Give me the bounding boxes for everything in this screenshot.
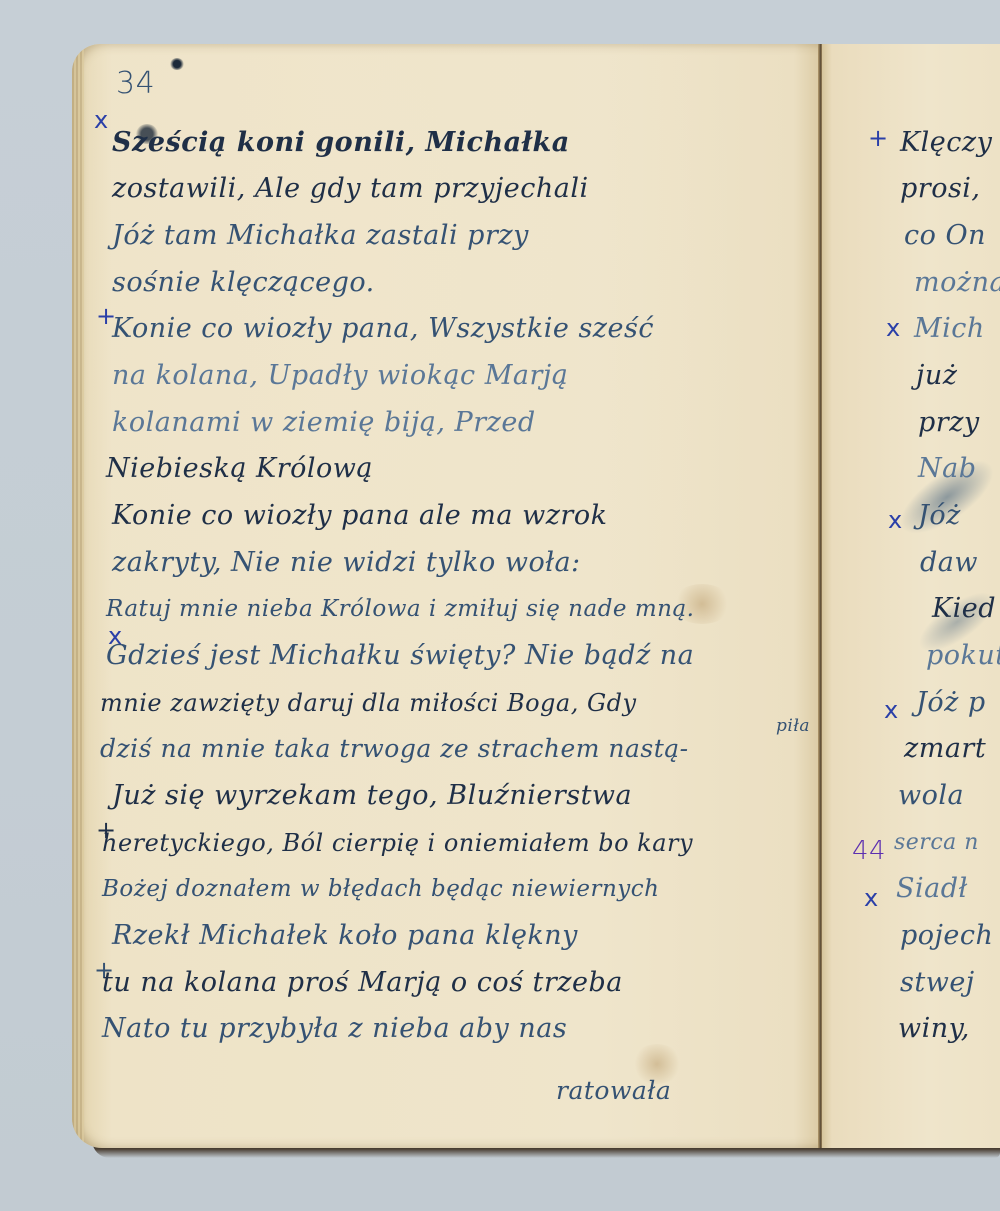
ink-blot xyxy=(170,58,184,70)
handwritten-line: sośnie klęczącego. xyxy=(112,266,375,300)
handwritten-line: przy xyxy=(918,406,980,440)
page-number: 34 xyxy=(116,66,155,101)
handwritten-line: Nato tu przybyła z nieba aby nas xyxy=(102,1012,567,1046)
line-marker-x: x xyxy=(864,884,879,912)
line-marker-x: x xyxy=(884,696,899,724)
handwritten-line: Niebieską Królową xyxy=(106,452,373,486)
insertion-note: piła xyxy=(776,716,810,736)
handwritten-line: Konie co wiozły pana, Wszystkie sześć xyxy=(112,312,654,346)
handwritten-line: stwej xyxy=(900,966,975,1000)
handwritten-line: dziś na mnie taka trwoga ze strachem nas… xyxy=(100,732,689,766)
handwritten-line: Klęczy xyxy=(900,126,992,160)
handwritten-line: na kolana, Upadły wiokąc Marją xyxy=(112,359,568,393)
handwritten-line: serca n xyxy=(894,826,979,860)
handwritten-line: już xyxy=(916,359,958,393)
handwritten-line: Już się wyrzekam tego, Bluźnierstwa xyxy=(112,779,632,813)
handwritten-line: Kied xyxy=(932,592,996,626)
handwritten-line: Jóż p xyxy=(916,686,986,720)
handwritten-line: zostawili, Ale gdy tam przyjechali xyxy=(112,172,589,206)
handwritten-line: Nab xyxy=(918,452,977,486)
handwritten-line: tu na kolana proś Marją o coś trzeba xyxy=(102,966,623,1000)
margin-number: 44 xyxy=(852,836,886,866)
handwritten-line: Sześcią koni gonili, Michałka xyxy=(112,126,570,160)
handwritten-line: winy, xyxy=(898,1012,970,1046)
handwritten-line: zakryty, Nie nie widzi tylko woła: xyxy=(112,546,581,580)
line-marker-x: x xyxy=(888,506,903,534)
left-page: 34 x + x + + Sześcią koni gonili, Michał… xyxy=(72,44,824,1148)
page-edges xyxy=(72,44,84,1148)
right-page: + x x x x 44 Klęczy prosi, co On można M… xyxy=(822,44,1000,1148)
handwritten-line: Jóż xyxy=(918,499,961,533)
handwritten-line: mnie zawzięty daruj dla miłości Boga, Gd… xyxy=(100,686,637,720)
handwritten-line: Ratuj mnie nieba Królowa i zmiłuj się na… xyxy=(106,592,694,626)
handwritten-line: można xyxy=(914,266,1000,300)
handwritten-line: heretyckiego, Ból cierpię i oniemiałem b… xyxy=(102,826,693,860)
handwritten-line: pojech xyxy=(900,919,993,953)
handwritten-line: zmart xyxy=(904,732,986,766)
handwritten-line: prosi, xyxy=(900,172,981,206)
handwritten-line: Rzekł Michałek koło pana klękny xyxy=(112,919,578,953)
handwritten-line: Bożej doznałem w błędach będąc niewierny… xyxy=(102,872,659,906)
handwritten-line: co On xyxy=(904,219,986,253)
handwritten-line: Jóż tam Michałka zastali przy xyxy=(112,219,529,253)
handwritten-line: Siadł xyxy=(896,872,968,906)
line-marker-x: x xyxy=(94,106,109,134)
handwritten-line: pokut xyxy=(926,639,1000,673)
line-marker-plus: + xyxy=(868,124,889,152)
handwritten-line: ratowała xyxy=(556,1074,671,1108)
handwritten-line: daw xyxy=(920,546,978,580)
handwritten-line: wola xyxy=(898,779,964,813)
handwritten-line: Gdzieś jest Michałku święty? Nie bądź na xyxy=(106,639,694,673)
handwritten-line: Konie co wiozły pana ale ma wzrok xyxy=(112,499,607,533)
line-marker-x: x xyxy=(886,314,901,342)
handwritten-line: Mich xyxy=(914,312,985,346)
handwritten-line: kolanami w ziemię biją, Przed xyxy=(112,406,536,440)
